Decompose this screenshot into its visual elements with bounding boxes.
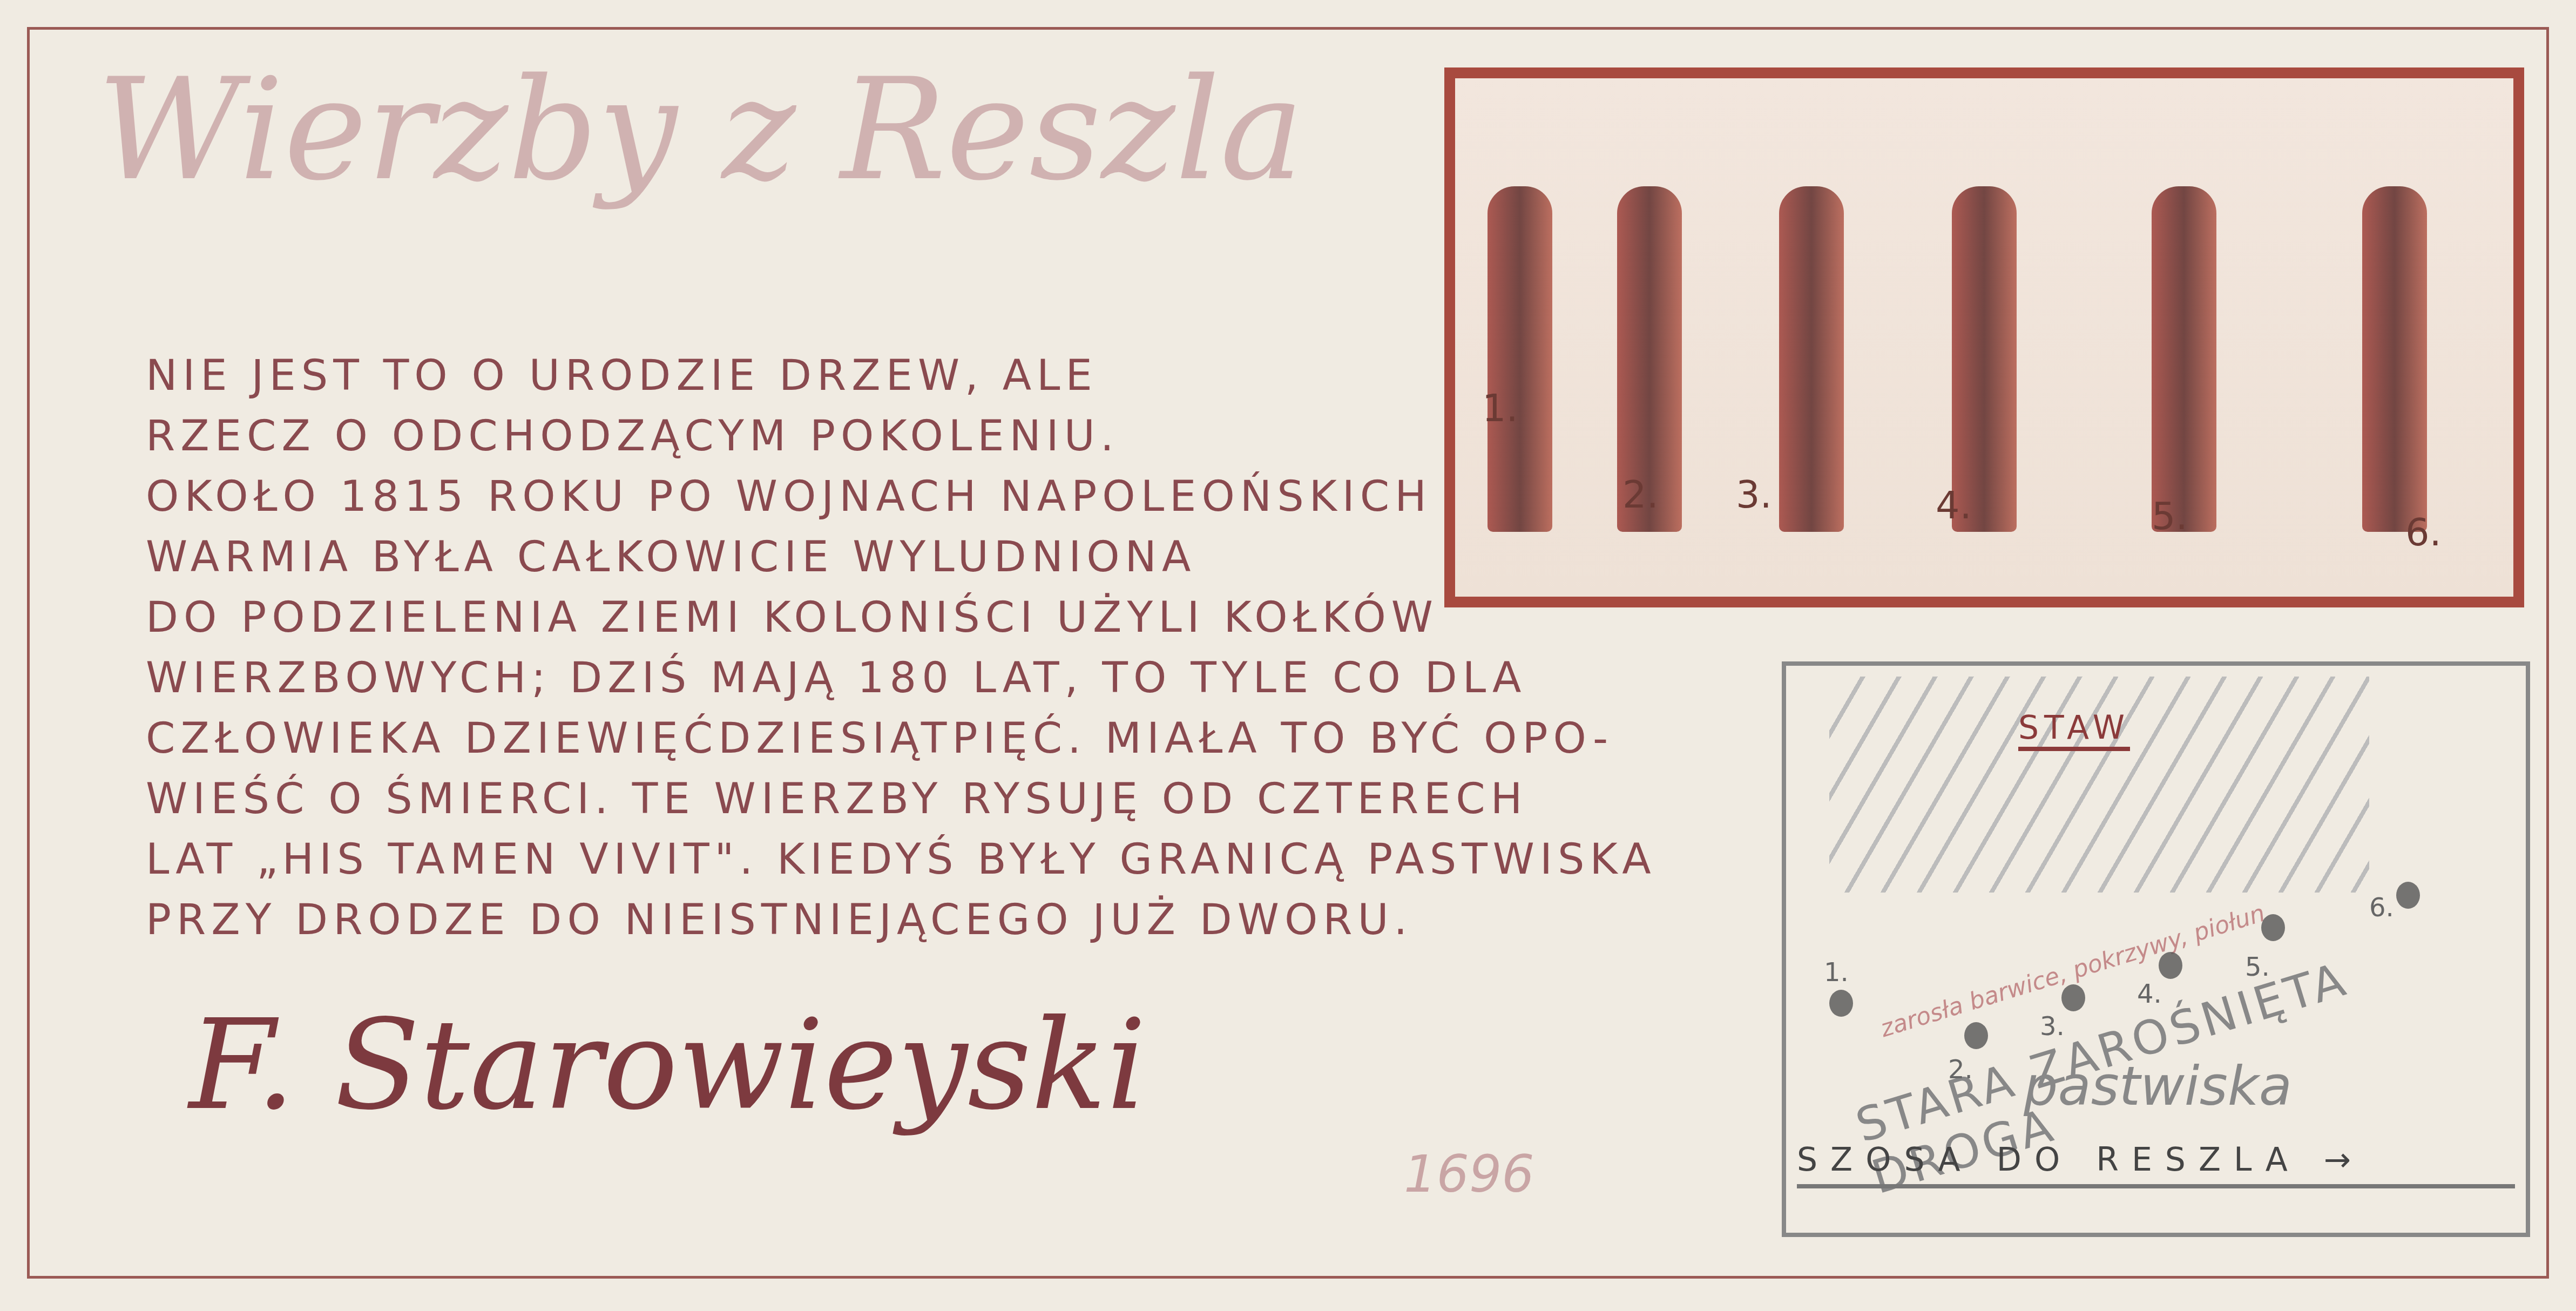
text-line: CZŁOWIEKA DZIEWIĘĆDZIESIĄTPIĘĆ. MIAŁA TO… (146, 708, 1766, 769)
map-number: 2. (1948, 1055, 1973, 1085)
map-number: 4. (2137, 979, 2162, 1009)
map-number: 6. (2369, 893, 2394, 923)
site-map-sketch: STAW zarosła barwice, pokrzywy, piołun S… (1782, 661, 2530, 1237)
tree-dot (2159, 952, 2182, 979)
map-number: 5. (2245, 952, 2270, 982)
willow-tree (1779, 186, 1844, 532)
willow-tree (2362, 186, 2427, 532)
tree-dot (2396, 882, 2420, 909)
willow-tree (1488, 186, 1552, 532)
text-line: PRZY DRODZE DO NIEISTNIEJĄCEGO JUŻ DWORU… (146, 890, 1766, 950)
pasture-label: pastwiska (2024, 1055, 2292, 1118)
pond-label: STAW (2018, 709, 2130, 751)
artwork-canvas: Wierzby z Reszla NIE JEST TO O URODZIE D… (0, 0, 2576, 1311)
year: 1696 (1404, 1145, 1534, 1204)
tree-label: 6. (2405, 510, 2442, 555)
tree-label: 3. (1736, 472, 1772, 517)
tree-dot (1964, 1022, 1988, 1049)
willow-tree (2152, 186, 2216, 532)
tree-label: 1. (1482, 386, 1518, 430)
tree-dot (2061, 984, 2085, 1011)
tree-label: 5. (2152, 494, 2188, 538)
tree-label: 4. (1936, 483, 1972, 528)
map-number: 1. (1824, 957, 1849, 988)
map-number: 3. (2040, 1011, 2065, 1042)
willow-trees-panel: 1. 2. 3. 4. 5. 6. (1444, 67, 2524, 607)
artwork-title: Wierzby z Reszla (97, 49, 1304, 212)
text-line: WIEŚĆ O ŚMIERCI. TE WIERZBY RYSUJĘ OD CZ… (146, 769, 1766, 829)
willow-tree (1952, 186, 2017, 532)
text-line: LAT „HIS TAMEN VIVIT". KIEDYŚ BYŁY GRANI… (146, 829, 1766, 890)
tree-dot (2261, 914, 2285, 941)
signature: F. Starowieyski (189, 994, 1146, 1138)
tree-label: 2. (1622, 472, 1659, 517)
text-line: WIERZBOWYCH; DZIŚ MAJĄ 180 LAT, TO TYLE … (146, 648, 1766, 708)
tree-dot (1829, 990, 1853, 1017)
highway-label: SZOSA DO RESZLA → (1797, 1141, 2515, 1188)
